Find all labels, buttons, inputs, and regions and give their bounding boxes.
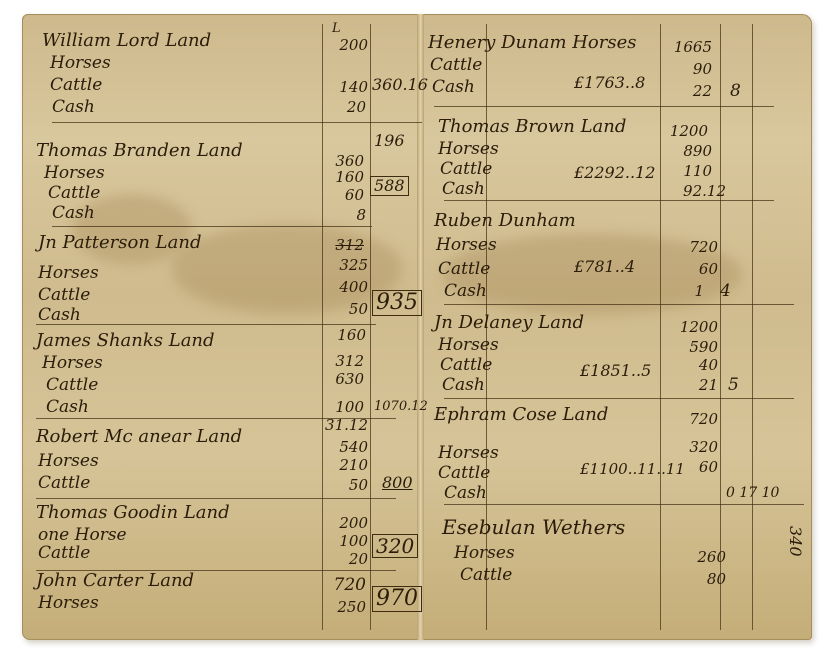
pound-total: £2292..12 [574, 164, 655, 182]
row-amount: 140 [322, 78, 368, 96]
row-label: Cattle [38, 474, 90, 492]
row-label: Horses [42, 354, 103, 372]
row-amount: 92.12 [680, 182, 726, 200]
row-amount: 60 [318, 186, 364, 204]
row-amount: 400 [322, 278, 368, 296]
entry-total: 588 [370, 176, 409, 196]
row-label: Cash [442, 376, 485, 394]
row-amount: 20 [320, 98, 366, 116]
row-amount: 50 [322, 476, 368, 494]
row-label: Cash [52, 98, 95, 116]
row-label: Horses [454, 544, 515, 562]
row-amount: 60 [672, 458, 718, 476]
row-amount: 60 [672, 260, 718, 278]
entry-divider [444, 504, 804, 505]
entry-name: Jn Patterson Land [38, 234, 201, 252]
entry-amount: 1200 [672, 318, 718, 336]
row-amount: 100 [318, 398, 364, 416]
entry-divider [52, 226, 372, 227]
entry-divider [434, 106, 774, 107]
column-rule [752, 24, 753, 630]
row-amount: 160 [320, 326, 366, 344]
row-label: Horses [38, 452, 99, 470]
column-rule [370, 24, 371, 630]
row-amount: 312 [318, 352, 364, 370]
entry-amount-struck: 312 [318, 236, 364, 254]
row-extra: 4 [720, 282, 731, 300]
row-label: Cash [442, 180, 485, 198]
row-label: one Horse [38, 526, 127, 544]
entry-name: Thomas Goodin Land [36, 504, 230, 522]
row-amount: 21 [672, 376, 718, 394]
row-amount: 0 17 10 [726, 484, 779, 502]
row-label: Cattle [438, 260, 490, 278]
row-label: Cash [52, 204, 95, 222]
entry-divider [444, 398, 794, 399]
row-label: Cattle [440, 356, 492, 374]
row-amount: 160 [318, 168, 364, 186]
entry-name: William Lord Land [42, 32, 211, 50]
row-label: Cattle [46, 376, 98, 394]
entry-amount: 1200 [662, 122, 708, 140]
entry-name: Ephram Cose Land [434, 406, 608, 424]
pound-total: £1100..11..11 [580, 460, 685, 478]
row-label: Horses [436, 236, 497, 254]
row-amount: 320 [672, 438, 718, 456]
entry-subtotal: 196 [374, 132, 405, 150]
entry-amount: 720 [320, 576, 366, 594]
row-label: Cattle [50, 76, 102, 94]
row-amount: 210 [322, 456, 368, 474]
row-amount: 50 [322, 300, 368, 318]
row-amount: 1 [658, 282, 704, 300]
row-amount: 40 [672, 356, 718, 374]
entry-total: 1070.12 [374, 398, 428, 416]
column-rule [720, 24, 721, 630]
row-label: Cattle [440, 160, 492, 178]
row-extra: 5 [728, 376, 739, 394]
entry-amount: 200 [322, 36, 368, 54]
row-amount: 260 [680, 548, 726, 566]
row-amount: 80 [680, 570, 726, 588]
row-label: Cattle [38, 544, 90, 562]
row-label: Horses [438, 140, 499, 158]
entry-amount: 720 [672, 410, 718, 428]
entry-name: John Carter Land [36, 572, 194, 590]
row-label: Cash [444, 282, 487, 300]
entry-divider [36, 418, 396, 419]
row-label: Cattle [430, 56, 482, 74]
row-amount: 325 [322, 256, 368, 274]
pound-total: £1851..5 [580, 362, 651, 380]
row-label: Cash [432, 78, 475, 96]
entry-total: 970 [372, 586, 422, 612]
row-label: Cattle [460, 566, 512, 584]
entry-total: 360.16 [372, 76, 428, 94]
row-amount: 250 [320, 598, 366, 616]
row-label: Horses [44, 164, 105, 182]
row-amount: 110 [666, 162, 712, 180]
row-amount: 22 [666, 82, 712, 100]
column-rule [660, 24, 661, 630]
entry-amount: 1665 [666, 38, 712, 56]
row-label: Horses [438, 336, 499, 354]
row-amount: 720 [672, 238, 718, 256]
entry-name: Esebulan Wethers [442, 518, 625, 536]
entry-total: 800 [382, 474, 413, 492]
entry-divider [444, 304, 794, 305]
entry-amount: 540 [322, 438, 368, 456]
entry-amount: 200 [322, 514, 368, 532]
row-amount: 90 [666, 60, 712, 78]
row-amount: 890 [666, 142, 712, 160]
entry-name: Jn Delaney Land [434, 314, 584, 332]
margin-total: 340 [786, 526, 804, 557]
entry-name: Thomas Branden Land [36, 142, 243, 160]
row-extra: 8 [730, 82, 741, 100]
entry-name: Henery Dunam Horses [428, 34, 637, 52]
left-page: L William Lord Land 200 Horses Cattle 14… [22, 14, 417, 640]
row-label: Horses [38, 264, 99, 282]
entry-name: James Shanks Land [36, 332, 215, 350]
document-sheet: L William Lord Land 200 Horses Cattle 14… [22, 14, 812, 640]
entry-name: Robert Mc anear Land [36, 428, 242, 446]
entry-divider [52, 122, 422, 123]
entry-name: Thomas Brown Land [438, 118, 626, 136]
row-label: Cash [46, 398, 89, 416]
row-label: Cattle [48, 184, 100, 202]
row-amount: 20 [322, 550, 368, 568]
pound-total: £781..4 [574, 258, 635, 276]
row-label: Cash [444, 484, 487, 502]
entry-name: Ruben Dunham [434, 212, 576, 230]
row-amount: 8 [320, 206, 366, 224]
row-label: Horses [38, 594, 99, 612]
entry-divider [36, 498, 396, 499]
entry-divider [444, 200, 774, 201]
entry-divider [36, 324, 376, 325]
row-label: Cash [38, 306, 81, 324]
row-amount: 100 [322, 532, 368, 550]
entry-total: 320 [372, 534, 418, 558]
row-label: Horses [50, 54, 111, 72]
row-label: Cattle [38, 286, 90, 304]
row-amount: 630 [318, 370, 364, 388]
pound-total: £1763..8 [574, 74, 645, 92]
right-page: Henery Dunam Horses 1665 Cattle 90 Cash … [424, 14, 812, 640]
row-amount: 590 [672, 338, 718, 356]
row-label: Cattle [438, 464, 490, 482]
entry-total: 935 [372, 290, 422, 316]
row-label: Horses [438, 444, 499, 462]
